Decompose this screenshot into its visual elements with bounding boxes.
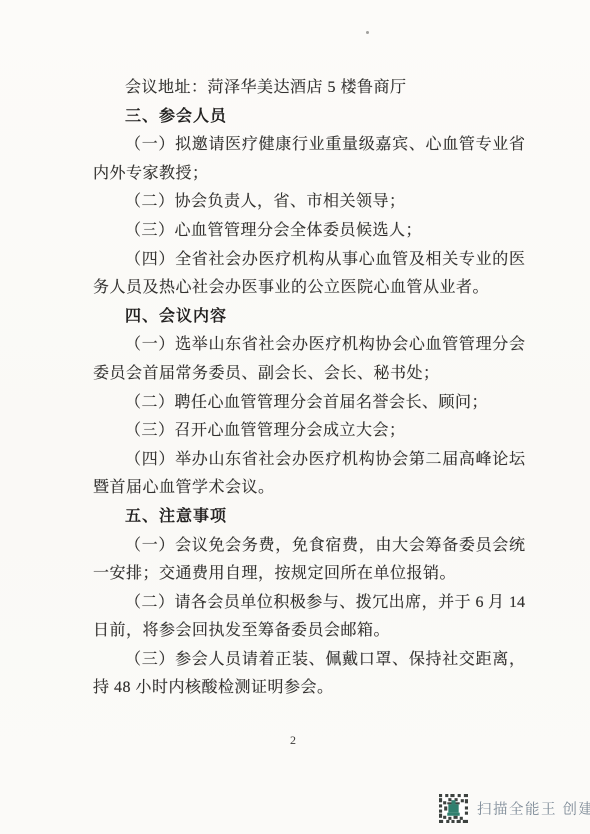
section-heading: 四、会议内容 xyxy=(93,303,525,332)
section-heading: 三、参会人员 xyxy=(93,103,525,132)
document-line: （一）会议免会务费，免食宿费，由大会筹备委员会统 xyxy=(93,532,525,561)
camscanner-qr-icon xyxy=(439,794,468,823)
document-line: 会议地址：菏泽华美达酒店 5 楼鲁商厅 xyxy=(93,74,525,103)
document-line: 暨首届心血管学术会议。 xyxy=(93,474,525,503)
document-line: 内外专家教授； xyxy=(93,160,525,189)
document-line: （三）召开心血管管理分会成立大会； xyxy=(93,417,525,446)
document-line: 一安排；交通费用自理，按规定回所在单位报销。 xyxy=(93,560,525,589)
document-line: 持 48 小时内核酸检测证明参会。 xyxy=(93,674,525,703)
document-line: （一）拟邀请医疗健康行业重量级嘉宾、心血管专业省 xyxy=(93,131,525,160)
camscanner-watermark-label: 扫描全能王 创建 xyxy=(477,798,590,819)
camscanner-watermark: 扫描全能王 创建 xyxy=(439,794,590,823)
document-line: （一）选举山东省社会办医疗机构协会心血管管理分会 xyxy=(93,331,525,360)
document-line: 委员会首届常务委员、副会长、会长、秘书处； xyxy=(93,360,525,389)
document-line: （四）举办山东省社会办医疗机构协会第二届高峰论坛 xyxy=(93,446,525,475)
document-line: （二）聘任心血管管理分会首届名誉会长、顾问； xyxy=(93,389,525,418)
document-line: （二）协会负责人，省、市相关领导； xyxy=(93,188,525,217)
document-line: 日前，将参会回执发至筹备委员会邮箱。 xyxy=(93,617,525,646)
document-line: （三）参会人员请着正装、佩戴口罩、保持社交距离， xyxy=(93,646,525,675)
document-line: （二）请各会员单位积极参与、拨冗出席，并于 6 月 14 xyxy=(93,589,525,618)
document-line: 务人员及热心社会办医事业的公立医院心血管从业者。 xyxy=(93,274,525,303)
section-heading: 五、注意事项 xyxy=(93,503,525,532)
scanned-page: 会议地址：菏泽华美达酒店 5 楼鲁商厅三、参会人员（一）拟邀请医疗健康行业重量级… xyxy=(0,0,590,834)
document-line: （四）全省社会办医疗机构从事心血管及相关专业的医 xyxy=(93,246,525,275)
scan-speck xyxy=(366,31,369,34)
page-number: 2 xyxy=(0,733,586,748)
document-line: （三）心血管管理分会全体委员候选人； xyxy=(93,217,525,246)
document-body: 会议地址：菏泽华美达酒店 5 楼鲁商厅三、参会人员（一）拟邀请医疗健康行业重量级… xyxy=(93,74,525,703)
